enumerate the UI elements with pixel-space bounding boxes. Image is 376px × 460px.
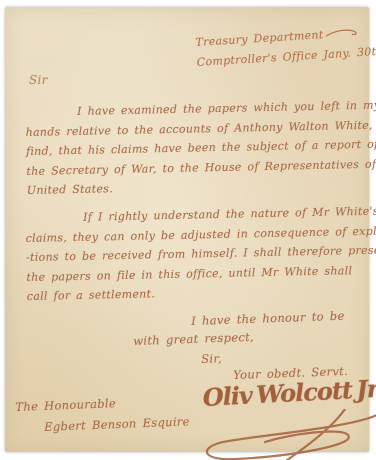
closing-honour-line: I have the honour to be bbox=[191, 309, 345, 328]
scanned-letter: Treasury Department Comptroller's Office… bbox=[0, 0, 376, 460]
salutation: Sir bbox=[29, 73, 48, 87]
letter-heading: Treasury Department Comptroller's Office… bbox=[195, 19, 376, 71]
signature: Oliv Wolcott Jr bbox=[202, 374, 376, 412]
recipient-address: The Honourable Egbert Benson Esquire bbox=[15, 390, 190, 439]
pen-flourish-icon bbox=[325, 23, 360, 44]
body-paragraph-2: If I rightly understand the nature of Mr… bbox=[25, 202, 367, 307]
signature-flourish-icon bbox=[195, 409, 376, 460]
closing-respect-line: with great respect, bbox=[133, 330, 254, 348]
body-paragraph-1: I have examined the papers which you lef… bbox=[25, 96, 367, 201]
letter-sheet: Treasury Department Comptroller's Office… bbox=[5, 7, 369, 452]
closing-sir-line: Sir, bbox=[201, 351, 222, 366]
